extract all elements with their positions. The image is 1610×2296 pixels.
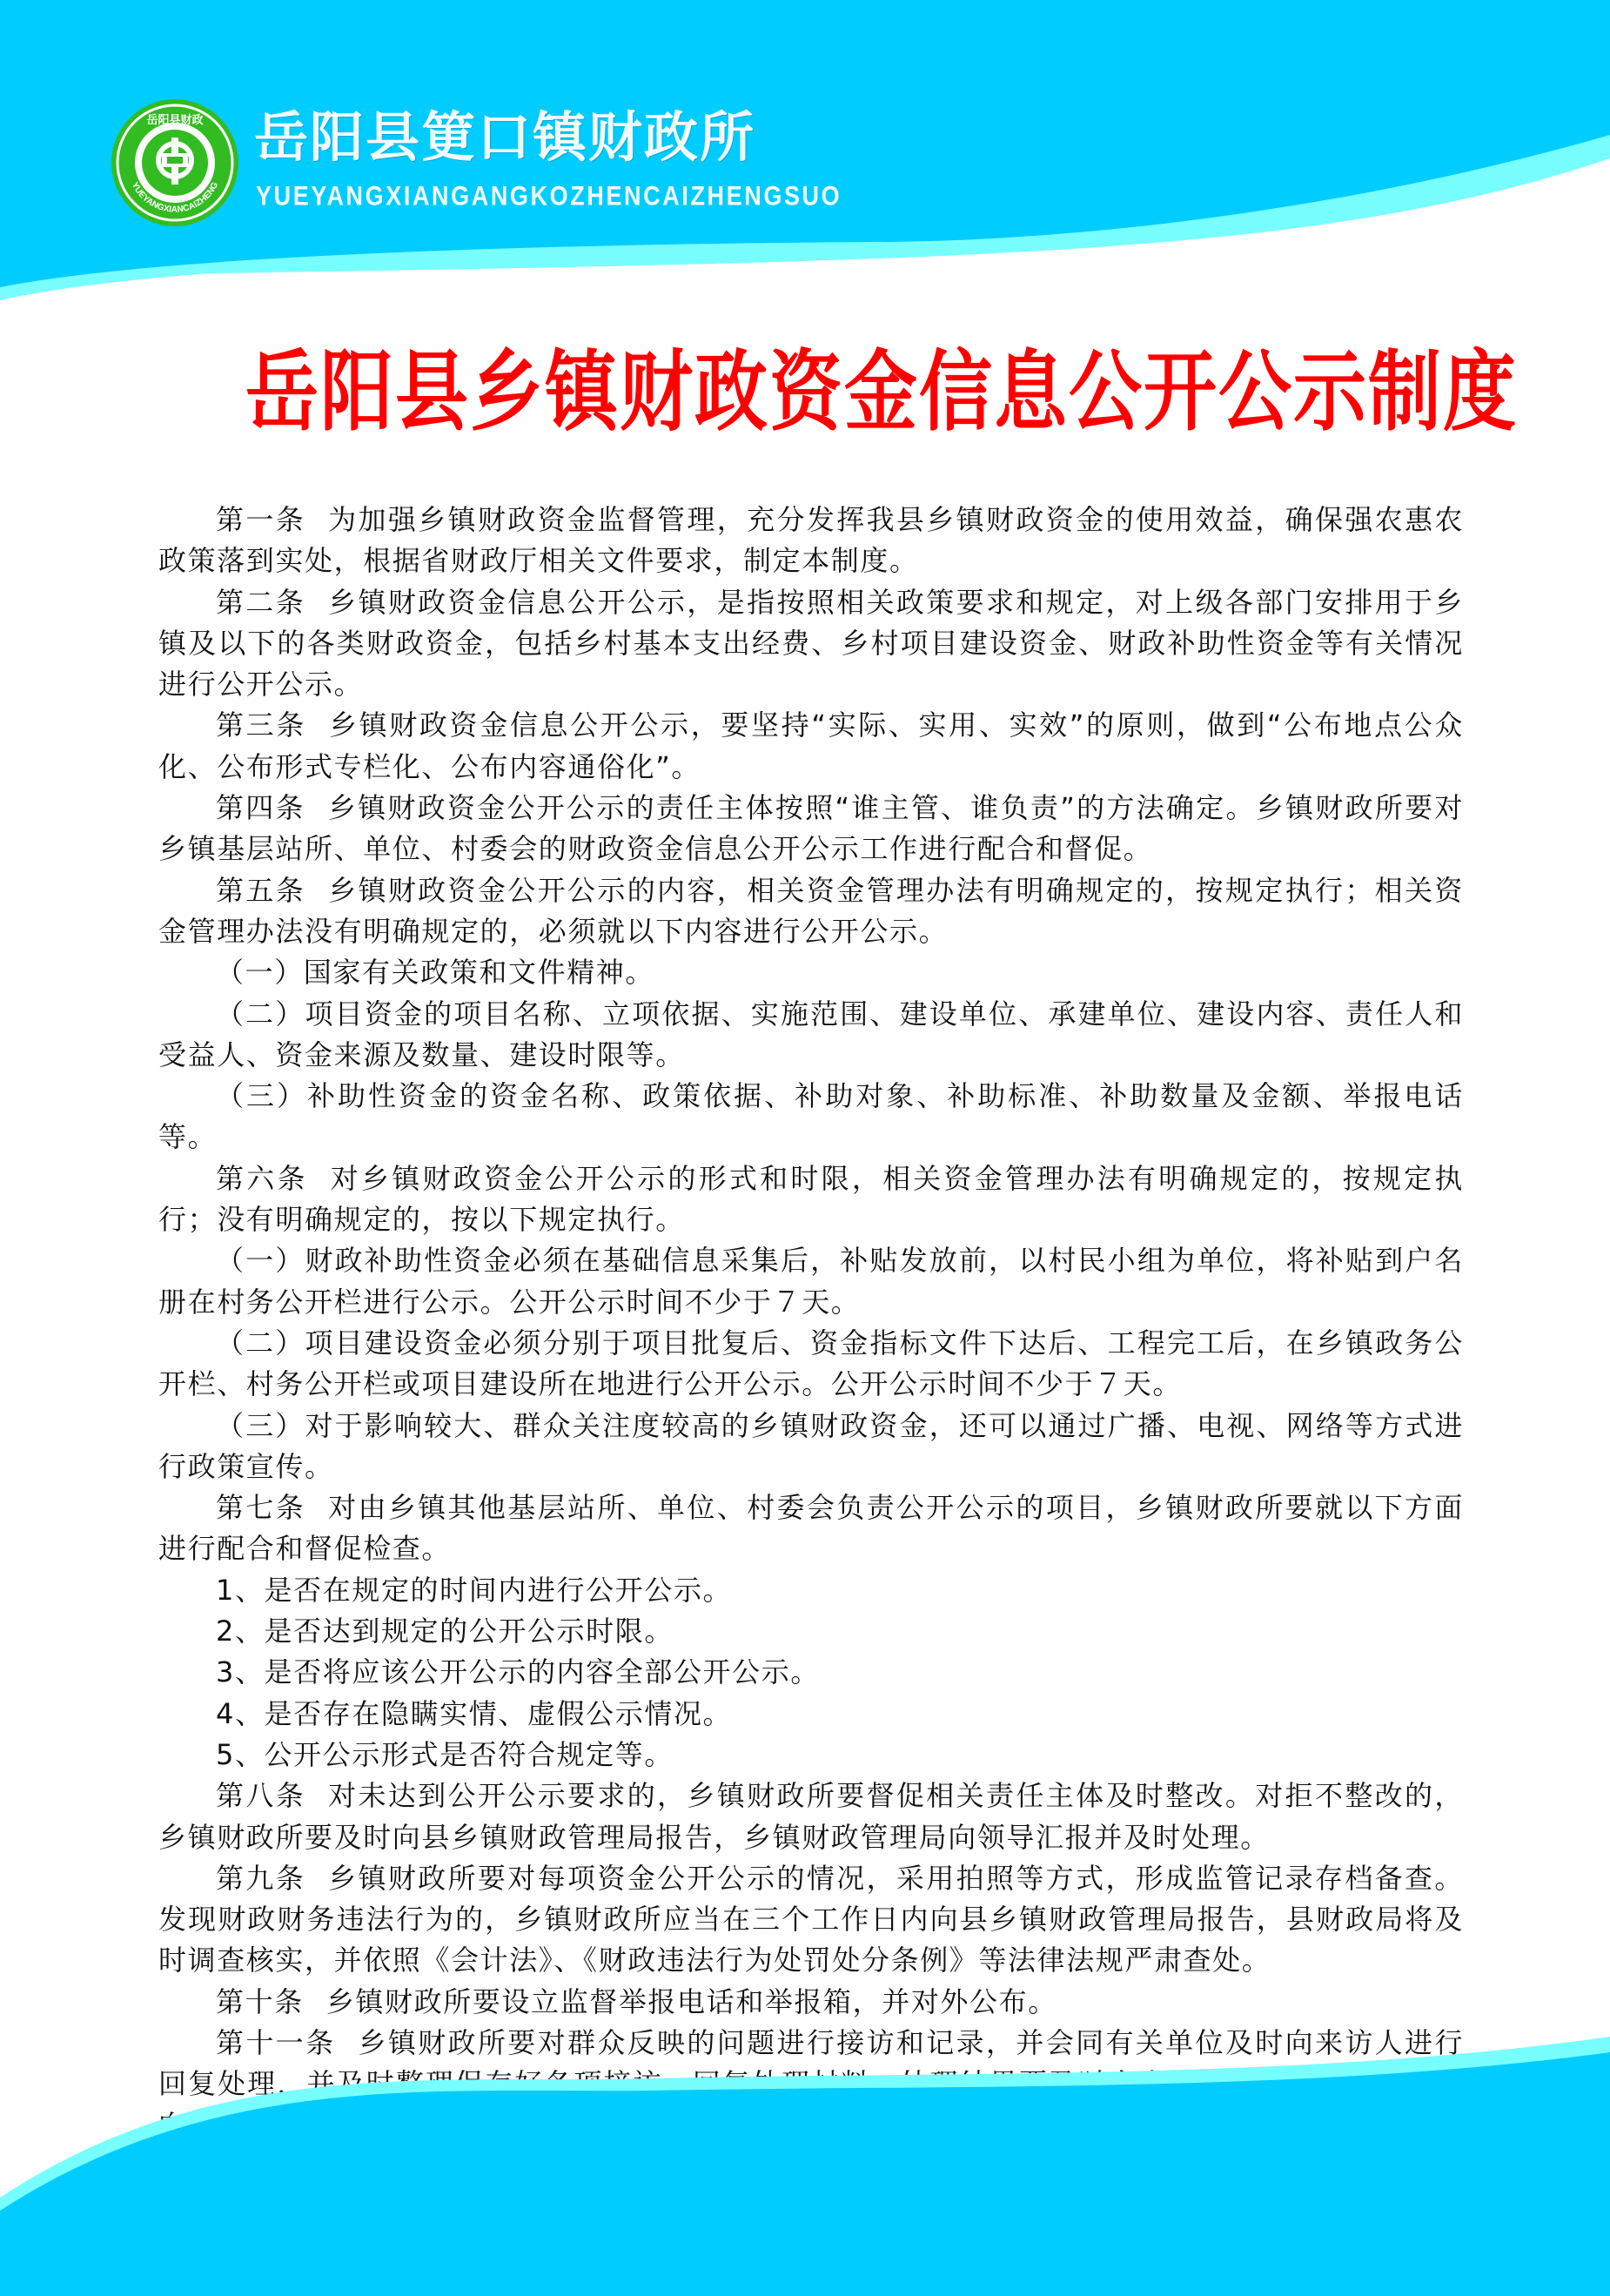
paragraph-article-2: 第二条乡镇财政资金信息公开公示，是指按照相关政策要求和规定，对上级各部门安排用于…: [158, 582, 1464, 706]
list-item-5-3: （三）补助性资金的资金名称、政策依据、补助对象、补助标准、补助数量及金额、举报电…: [158, 1076, 1464, 1158]
article-text: 对乡镇财政资金公开公示的形式和时限，相关资金管理办法有明确规定的，按规定执行；没…: [158, 1162, 1464, 1236]
paragraph-article-6: 第六条对乡镇财政资金公开公示的形式和时限，相关资金管理办法有明确规定的，按规定执…: [158, 1158, 1464, 1241]
article-text: 乡镇财政资金信息公开公示，要坚持“实际、实用、实效”的原则，做到“公布地点公众化…: [158, 708, 1464, 782]
article-text: 乡镇财政所要对每项资金公开公示的情况，采用拍照等方式，形成监管记录存档备查。发现…: [158, 1862, 1464, 1977]
article-text: 乡镇财政资金信息公开公示，是指按照相关政策要求和规定，对上级各部门安排用于乡镇及…: [158, 586, 1464, 702]
document-title: 岳阳县乡镇财政资金信息公开公示制度: [245, 324, 1377, 460]
header-wave-background: [0, 0, 1610, 348]
list-item-text: 4、是否存在隐瞒实情、虚假公示情况。: [216, 1697, 732, 1730]
list-item-text: （一）国家有关政策和文件精神。: [216, 956, 654, 989]
list-item-text: （三）补助性资金的资金名称、政策依据、补助对象、补助标准、补助数量及金额、举报电…: [158, 1079, 1464, 1153]
article-label: 第三条: [216, 708, 306, 742]
org-pinyin: YUEYANGXIANGANGKOZHENCAIZHENGSUO: [256, 181, 842, 212]
paragraph-article-4: 第四条乡镇财政资金公开公示的责任主体按照“谁主管、谁负责”的方法确定。乡镇财政所…: [158, 788, 1464, 870]
paragraph-article-9: 第九条乡镇财政所要对每项资金公开公示的情况，采用拍照等方式，形成监管记录存档备查…: [158, 1858, 1464, 1982]
document-body: 第一条为加强乡镇财政资金监督管理，充分发挥我县乡镇财政资金的使用效益，确保强农惠…: [158, 500, 1464, 2146]
svg-text:岳阳县财政: 岳阳县财政: [146, 113, 203, 127]
list-item-text: 1、是否在规定的时间内进行公开公示。: [216, 1574, 732, 1607]
paragraph-article-10: 第十条乡镇财政所要设立监督举报电话和举报箱，并对外公布。: [158, 1982, 1464, 2023]
article-text: 乡镇财政资金公开公示的责任主体按照“谁主管、谁负责”的方法确定。乡镇财政所要对乡…: [158, 791, 1464, 865]
list-item-text: 2、是否达到规定的公开公示时限。: [216, 1615, 674, 1648]
article-text: 对由乡镇其他基层站所、单位、村委会负责公开公示的项目，乡镇财政所要就以下方面进行…: [158, 1491, 1464, 1565]
article-label: 第六条: [216, 1162, 308, 1195]
article-label: 第五条: [216, 874, 305, 907]
list-item-6-1: （一）财政补助性资金必须在基础信息采集后，补贴发放前，以村民小组为单位，将补贴到…: [158, 1240, 1464, 1323]
list-item-7-4: 4、是否存在隐瞒实情、虚假公示情况。: [158, 1694, 1464, 1735]
article-label: 第七条: [216, 1491, 305, 1524]
list-item-6-2: （二）项目建设资金必须分别于项目批复后、资金指标文件下达后、工程完工后，在乡镇政…: [158, 1323, 1464, 1406]
list-item-7-1: 1、是否在规定的时间内进行公开公示。: [158, 1570, 1464, 1611]
org-logo: 岳阳县财政 YUEYANGXIANCAIZHENG: [110, 97, 240, 228]
list-item-text: （三）对于影响较大、群众关注度较高的乡镇财政资金，还可以通过广播、电视、网络等方…: [158, 1409, 1464, 1483]
article-label: 第九条: [216, 1862, 305, 1895]
list-item-text: （二）项目建设资金必须分别于项目批复后、资金指标文件下达后、工程完工后，在乡镇政…: [158, 1326, 1464, 1400]
org-name: 岳阳县筻口镇财政所: [254, 104, 755, 171]
list-item-7-3: 3、是否将应该公开公示的内容全部公开公示。: [158, 1652, 1464, 1693]
list-item-6-3: （三）对于影响较大、群众关注度较高的乡镇财政资金，还可以通过广播、电视、网络等方…: [158, 1406, 1464, 1488]
list-item-text: 3、是否将应该公开公示的内容全部公开公示。: [216, 1655, 820, 1688]
list-item-5-2: （二）项目资金的项目名称、立项依据、实施范围、建设单位、承建单位、建设内容、责任…: [158, 994, 1464, 1077]
list-item-5-1: （一）国家有关政策和文件精神。: [158, 952, 1464, 993]
list-item-text: （二）项目资金的项目名称、立项依据、实施范围、建设单位、承建单位、建设内容、责任…: [158, 997, 1464, 1071]
paragraph-article-8: 第八条对未达到公开公示要求的，乡镇财政所要督促相关责任主体及时整改。对拒不整改的…: [158, 1776, 1464, 1858]
list-item-text: （一）财政补助性资金必须在基础信息采集后，补贴发放前，以村民小组为单位，将补贴到…: [158, 1244, 1464, 1318]
article-text: 乡镇财政所要设立监督举报电话和举报箱，并对外公布。: [326, 1985, 1057, 2018]
article-text: 为加强乡镇财政资金监督管理，充分发挥我县乡镇财政资金的使用效益，确保强农惠农政策…: [158, 503, 1464, 577]
list-item-7-5: 5、公开公示形式是否符合规定等。: [158, 1735, 1464, 1776]
article-label: 第二条: [216, 586, 305, 619]
paragraph-article-7: 第七条对由乡镇其他基层站所、单位、村委会负责公开公示的项目，乡镇财政所要就以下方…: [158, 1487, 1464, 1570]
article-label: 第一条: [216, 503, 305, 536]
paragraph-article-1: 第一条为加强乡镇财政资金监督管理，充分发挥我县乡镇财政资金的使用效益，确保强农惠…: [158, 500, 1464, 582]
finance-bureau-emblem-icon: 岳阳县财政 YUEYANGXIANCAIZHENG: [110, 97, 240, 228]
article-text: 对未达到公开公示要求的，乡镇财政所要督促相关责任主体及时整改。对拒不整改的，乡镇…: [158, 1779, 1464, 1853]
article-label: 第十条: [216, 1985, 304, 2018]
list-item-7-2: 2、是否达到规定的公开公示时限。: [158, 1611, 1464, 1652]
article-label: 第八条: [216, 1779, 305, 1812]
footer-wave-background: [0, 2019, 1610, 2296]
article-text: 乡镇财政资金公开公示的内容，相关资金管理办法有明确规定的，按规定执行；相关资金管…: [158, 874, 1464, 948]
paragraph-article-3: 第三条乡镇财政资金信息公开公示，要坚持“实际、实用、实效”的原则，做到“公布地点…: [158, 705, 1464, 788]
paragraph-article-5: 第五条乡镇财政资金公开公示的内容，相关资金管理办法有明确规定的，按规定执行；相关…: [158, 870, 1464, 953]
list-item-text: 5、公开公示形式是否符合规定等。: [216, 1738, 674, 1771]
article-label: 第四条: [216, 791, 305, 824]
